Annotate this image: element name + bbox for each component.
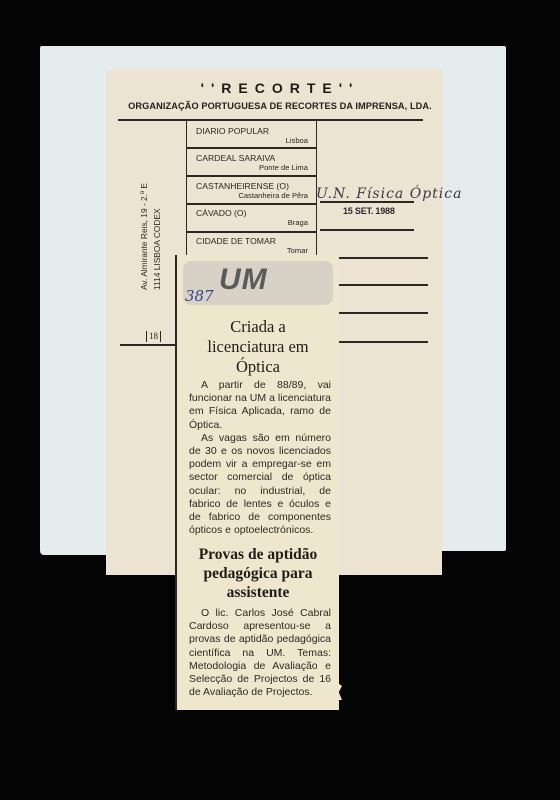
source-name: DIARIO POPULAR [196, 126, 308, 136]
newspaper-clipping: UM 387 Criada a licenciatura em Óptica A… [175, 255, 339, 710]
article1-body: A partir de 88/89, vai funcionar na UM a… [189, 379, 331, 537]
source-entry: DIARIO POPULAR Lisboa [196, 126, 308, 145]
source-city: Lisboa [196, 136, 308, 145]
paragraph: As vagas são em número de 30 e os novos … [189, 432, 331, 538]
row-rule [186, 231, 317, 233]
blank-rule [330, 284, 428, 286]
blank-rule [332, 312, 428, 314]
article1-headline: Criada a licenciatura em Óptica [177, 317, 339, 377]
source-city: Braga [196, 218, 308, 227]
brand-title: ''RECORTE'' [0, 80, 560, 96]
headline-line: Provas de aptidão [177, 545, 339, 564]
handwritten-number: 387 [185, 287, 214, 305]
table-left-rule [186, 121, 187, 263]
date-stamp: 15 SET. 1988 [343, 206, 395, 216]
blank-rule [334, 341, 428, 343]
source-city: Castanheira de Pêra [196, 191, 308, 200]
handwritten-note: U.N. Física Óptica [316, 186, 462, 202]
article2-body: O lic. Carlos José Cabral Cardoso aprese… [189, 607, 331, 699]
note-rule [320, 229, 414, 231]
row-rule [186, 147, 317, 149]
address-line: 1114 LISBOA CODEX [151, 183, 164, 290]
source-entry: CÁVADO (O) Braga [196, 208, 308, 227]
source-name: CASTANHEIRENSE (O) [196, 181, 308, 191]
organization-name: ORGANIZAÇÃO PORTUGUESA DE RECORTES DA IM… [0, 101, 560, 111]
left-bottom-rule [120, 344, 176, 346]
row-rule [186, 175, 317, 177]
section-title: UM [219, 263, 268, 297]
headline-line: pedagógica para [177, 564, 339, 583]
row-rule [186, 203, 317, 205]
source-city: Ponte de Lima [196, 163, 308, 172]
source-name: CÁVADO (O) [196, 208, 308, 218]
source-name: CIDADE DE TOMAR [196, 236, 308, 246]
headline-line: Óptica [177, 357, 339, 377]
torn-edge [334, 680, 342, 700]
page-number: 18 [146, 331, 161, 342]
paragraph: O lic. Carlos José Cabral Cardoso aprese… [189, 607, 331, 699]
headline-line: assistente [177, 583, 339, 602]
headline-line: Criada a [177, 317, 339, 337]
source-name: CARDEAL SARAIVA [196, 153, 308, 163]
source-city: Tomar [196, 246, 308, 255]
headline-line: licenciatura em [177, 337, 339, 357]
article2-headline: Provas de aptidão pedagógica para assist… [177, 545, 339, 602]
source-entry: CASTANHEIRENSE (O) Castanheira de Pêra [196, 181, 308, 200]
paragraph: A partir de 88/89, vai funcionar na UM a… [189, 379, 331, 432]
company-address: Av. Almirante Reis, 19 - 2.º E 1114 LISB… [138, 183, 164, 290]
header-rule [118, 119, 423, 121]
address-line: Av. Almirante Reis, 19 - 2.º E [138, 183, 151, 290]
source-entry: CARDEAL SARAIVA Ponte de Lima [196, 153, 308, 172]
source-entry: CIDADE DE TOMAR Tomar [196, 236, 308, 255]
